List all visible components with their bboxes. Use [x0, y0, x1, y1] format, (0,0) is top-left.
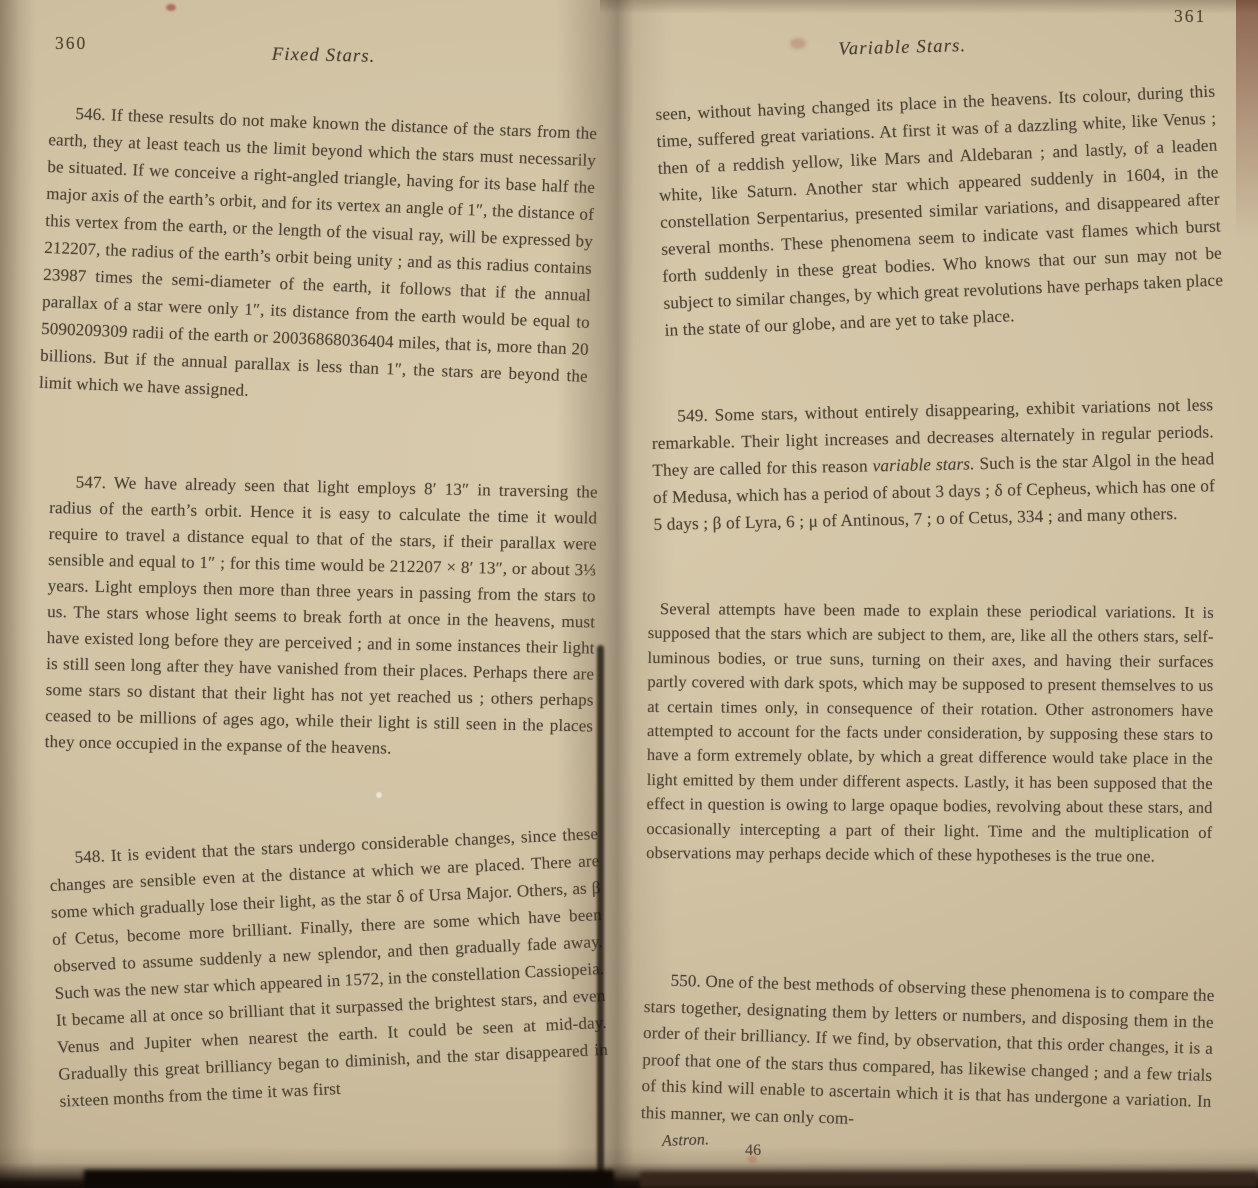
book-photo: 360 Fixed Stars. 546. If these results d… — [0, 0, 1258, 1188]
paragraph-547: 547. We have already seen that light emp… — [45, 469, 598, 765]
bottom-edge-shadow — [0, 1146, 1258, 1188]
catchword-footer: Astron. — [662, 1131, 710, 1151]
paragraph-explanations: Several attempts have been made to expla… — [646, 597, 1214, 869]
running-head-right: Variable Stars. — [622, 30, 1182, 67]
page-number-right: 361 — [1174, 6, 1206, 27]
paragraph-549-italic-phrase: variable stars. — [872, 454, 974, 475]
paragraph-546: 546. If these results do not make known … — [39, 99, 598, 417]
bottom-right-shadow — [640, 1172, 1258, 1188]
top-edge-shadow — [600, 0, 1258, 14]
paragraph-548: 548. It is evident that the stars underg… — [48, 820, 610, 1115]
running-head-left: Fixed Stars. — [50, 40, 598, 72]
left-edge-shadow — [0, 0, 36, 1188]
paragraph-550: 550. One of the best methods of observin… — [641, 967, 1215, 1142]
paragraph-549: 549. Some stars, without entirely disapp… — [651, 391, 1216, 538]
signature-mark: 46 — [745, 1142, 761, 1160]
right-corner-shadow — [1236, 0, 1258, 240]
bottom-deep-shadow — [84, 1170, 614, 1188]
paper-speck — [166, 4, 176, 11]
paper-speck — [376, 792, 382, 798]
paragraph-continuation: seen, without having changed its place i… — [655, 78, 1225, 344]
